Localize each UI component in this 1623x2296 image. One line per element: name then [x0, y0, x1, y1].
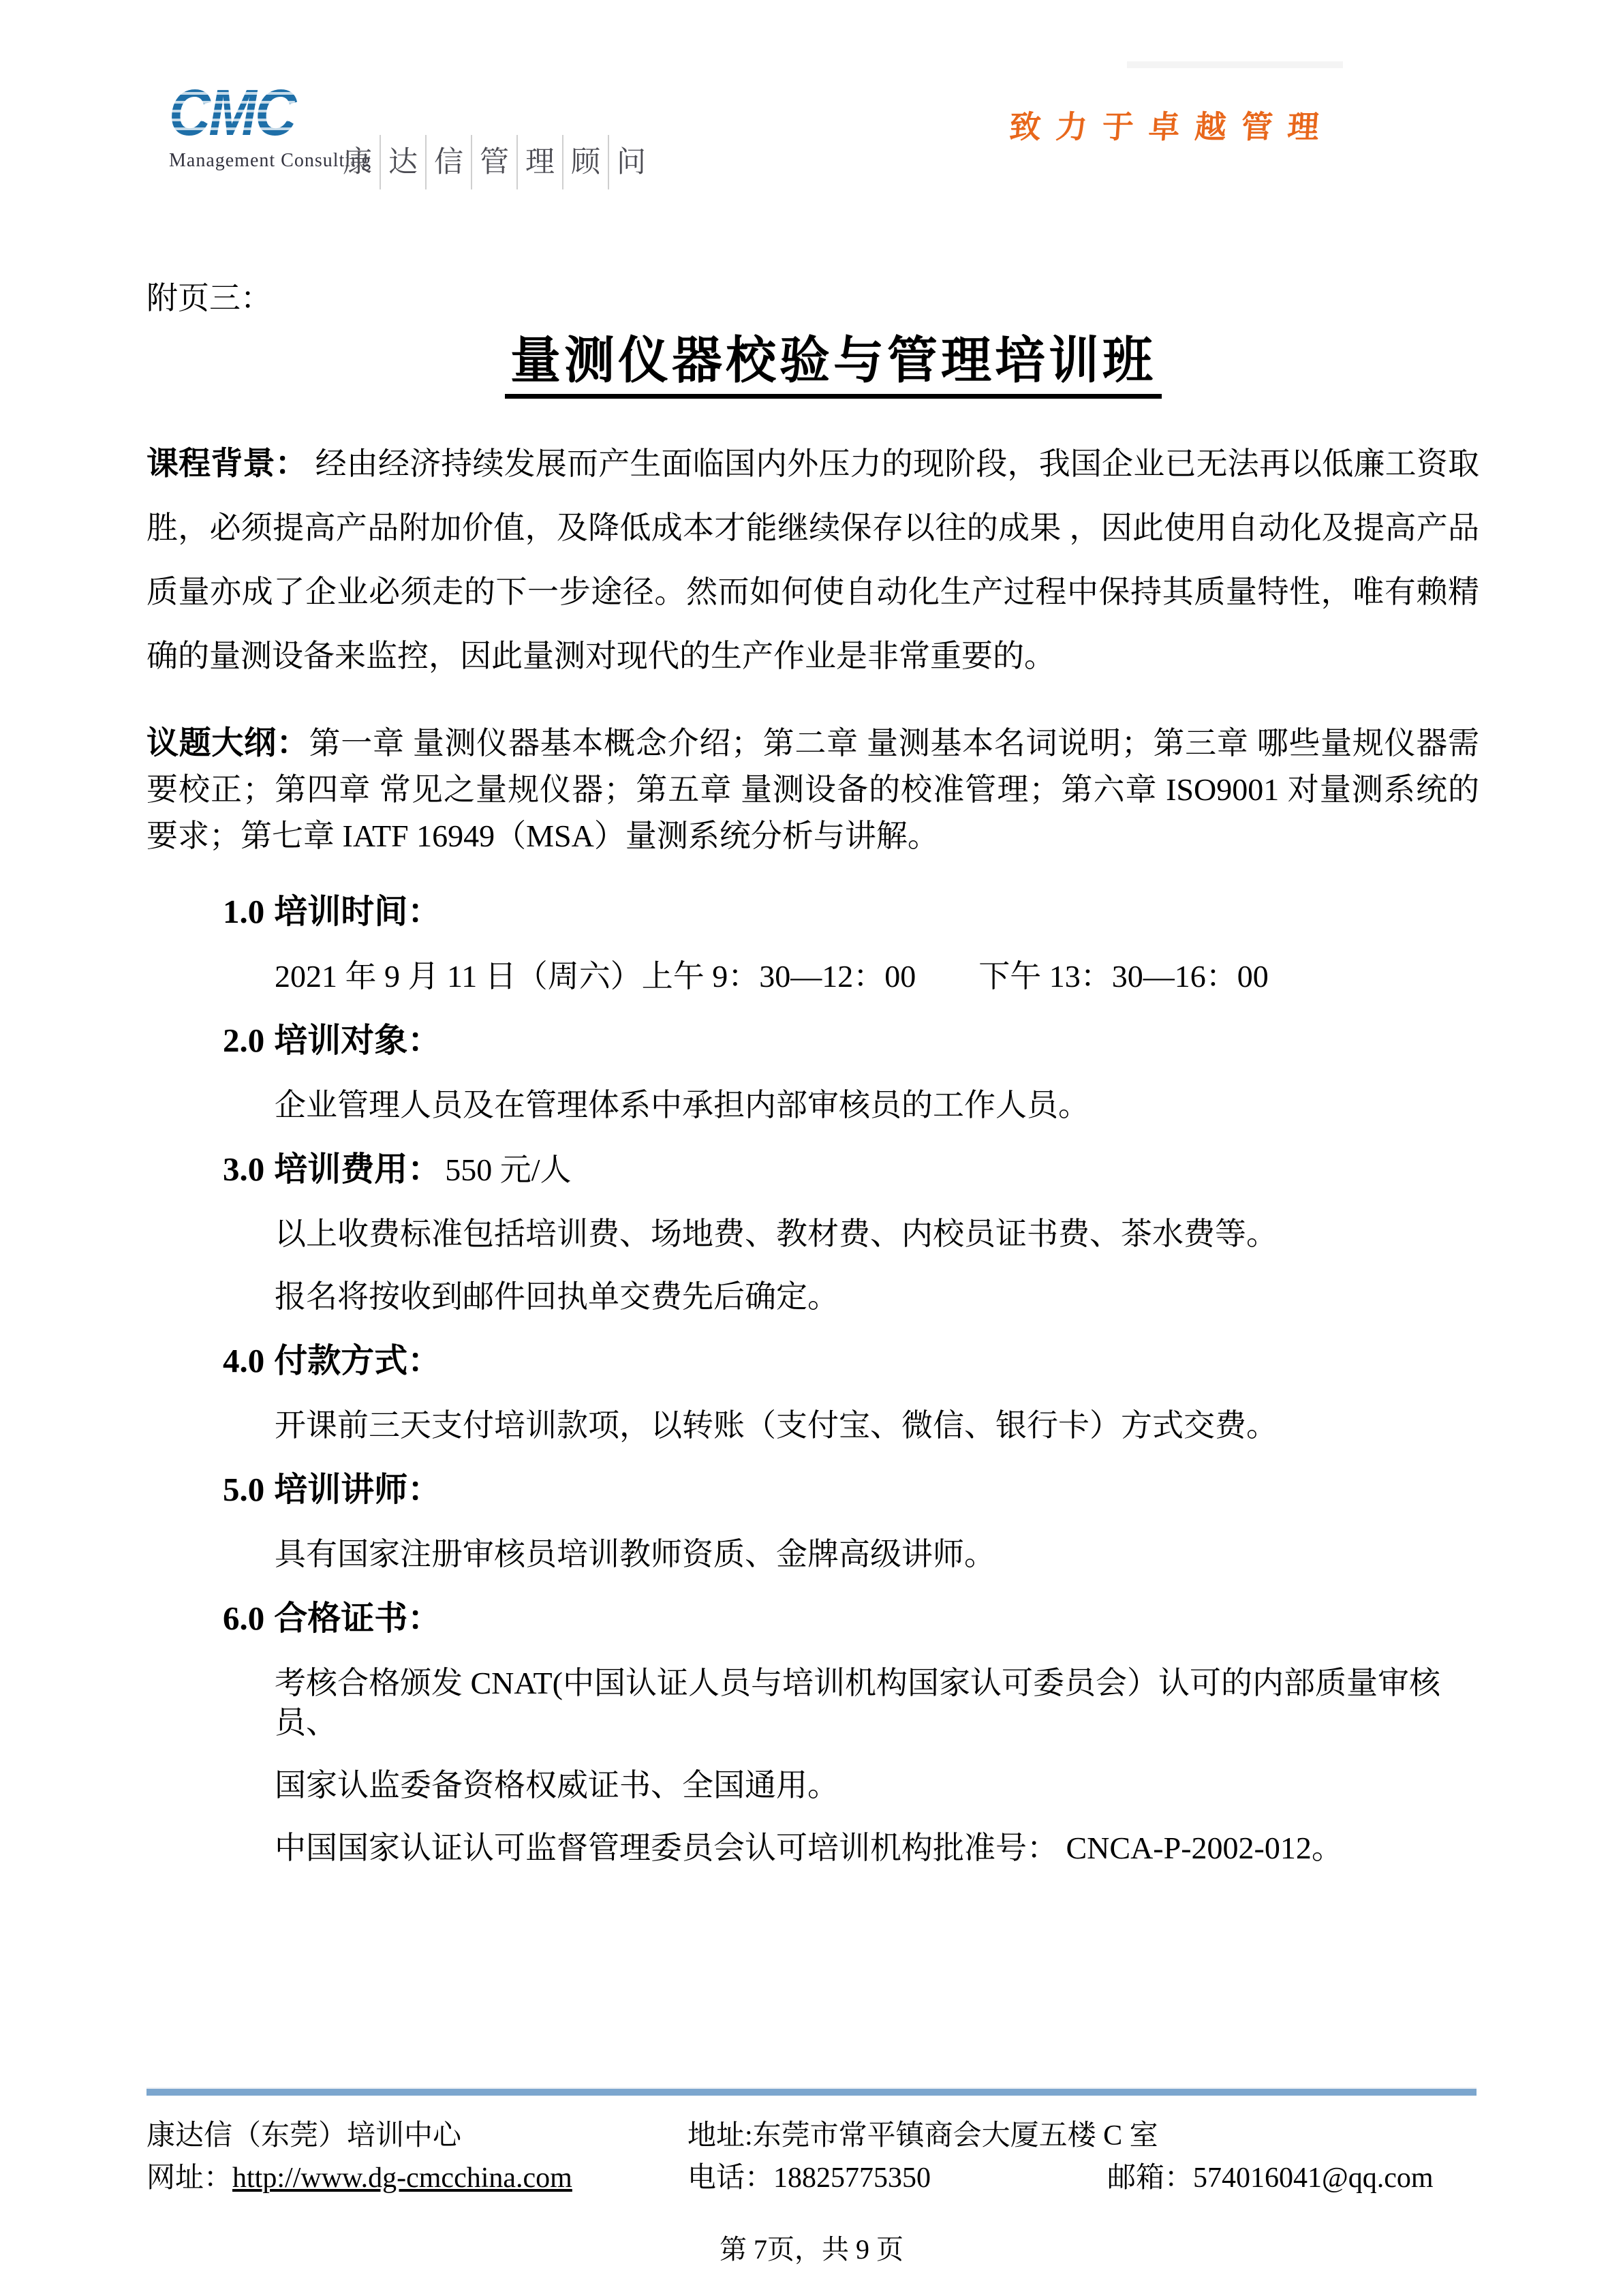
- section-training-audience: 2.0培训对象： 企业管理人员及在管理体系中承担内部审核员的工作人员。: [146, 1020, 1479, 1125]
- section-trainer: 5.0培训讲师： 具有国家注册审核员培训教师资质、金牌高级讲师。: [146, 1469, 1479, 1574]
- footer-email: 邮箱：574016041@qq.com: [1107, 2157, 1477, 2199]
- section-title: 付款方式：: [274, 1343, 441, 1379]
- title-wrap: 量测仪器校验与管理培训班: [146, 330, 1479, 399]
- brand-char: 理: [525, 148, 555, 177]
- course-background-label: 课程背景：: [146, 445, 307, 481]
- divider: [380, 135, 381, 189]
- section-heading: 6.0合格证书：: [146, 1597, 1479, 1640]
- footer-contact-grid: 康达信（东莞）培训中心 地址:东莞市常平镇商会大厦五楼 C 室 网址：http:…: [146, 2115, 1477, 2199]
- page-title: 量测仪器校验与管理培训班: [505, 330, 1162, 399]
- section-number: 4.0: [223, 1342, 264, 1379]
- section-title: 培训对象：: [274, 1022, 441, 1059]
- email-label: 邮箱：: [1107, 2162, 1193, 2194]
- email-value: 574016041@qq.com: [1193, 2162, 1434, 2194]
- brand-char: 康: [343, 148, 372, 177]
- section-certificate: 6.0合格证书： 考核合格颁发 CNAT(中国认证人员与培训机构国家认可委员会）…: [146, 1597, 1479, 1868]
- course-background-text: 经由经济持续发展而产生面临国内外压力的现阶段，我国企业已无法再以低廉工资取胜，必…: [146, 446, 1479, 673]
- website-label: 网址：: [146, 2162, 232, 2194]
- section-line: 报名将按收到邮件回执单交费先后确定。: [146, 1277, 1479, 1317]
- section-line: 具有国家注册审核员培训教师资质、金牌高级讲师。: [146, 1535, 1479, 1574]
- document-body: 附页三： 量测仪器校验与管理培训班 课程背景： 经由经济持续发展而产生面临国内外…: [146, 278, 1479, 1868]
- divider: [562, 135, 563, 189]
- section-line: 中国国家认证认可监督管理委员会认可培训机构批准号： CNCA-P-2002-01…: [146, 1828, 1479, 1868]
- brand-char: 顾: [571, 148, 600, 177]
- phone-value: 18825775350: [773, 2162, 931, 2194]
- section-line: 开课前三天支付培训款项，以转账（支付宝、微信、银行卡）方式交费。: [146, 1406, 1479, 1445]
- section-number: 5.0: [223, 1471, 264, 1508]
- section-number: 1.0: [223, 893, 264, 930]
- section-heading: 5.0培训讲师：: [146, 1469, 1479, 1512]
- agenda-paragraph: 议题大纲：第一章 量测仪器基本概念介绍；第二章 量测基本名词说明；第三章 哪些量…: [146, 720, 1479, 859]
- slogan: 致力于卓越管理: [1008, 102, 1336, 147]
- section-line: 以上收费标准包括培训费、场地费、教材费、内校员证书费、茶水费等。: [146, 1214, 1479, 1254]
- footer-website: 网址：http://www.dg-cmcchina.com: [146, 2157, 687, 2199]
- section-line: 国家认监委备资格权威证书、全国通用。: [146, 1766, 1479, 1805]
- divider: [516, 135, 518, 189]
- section-training-time: 1.0培训时间： 2021 年 9 月 11 日（周六）上午 9：30—12：0…: [146, 891, 1479, 996]
- section-title: 合格证书：: [274, 1600, 441, 1637]
- brand-char: 问: [617, 148, 646, 177]
- section-training-fee: 3.0培训费用：550 元/人 以上收费标准包括培训费、场地费、教材费、内校员证…: [146, 1148, 1479, 1317]
- section-heading: 2.0培训对象：: [146, 1020, 1479, 1062]
- section-title: 培训时间：: [274, 893, 441, 930]
- section-line: 考核合格颁发 CNAT(中国认证人员与培训机构国家认可委员会）认可的内部质量审核…: [146, 1664, 1479, 1743]
- section-line: 2021 年 9 月 11 日（周六）上午 9：30—12：00 下午 13：3…: [146, 957, 1479, 996]
- footer-empty: [1107, 2115, 1477, 2157]
- brand-name: 康 达 信 管 理 顾 问: [343, 135, 646, 189]
- brand-char: 达: [388, 148, 418, 177]
- phone-label: 电话：: [687, 2162, 773, 2194]
- footer-phone: 电话：18825775350: [687, 2157, 1107, 2199]
- page-number: 第 7页，共 9 页: [146, 2228, 1477, 2267]
- slogan-highlight-band: [1127, 61, 1343, 68]
- cmc-logo: CMC Management Consulting: [169, 86, 371, 172]
- cmc-logo-text: CMC: [169, 86, 294, 140]
- section-title: 培训费用：: [274, 1151, 441, 1188]
- section-title: 培训讲师：: [274, 1471, 441, 1508]
- section-inline-value: 550 元/人: [445, 1152, 571, 1187]
- footer-org: 康达信（东莞）培训中心: [146, 2115, 687, 2157]
- attachment-label: 附页三：: [146, 278, 1479, 319]
- agenda-label: 议题大纲：: [146, 724, 309, 761]
- divider: [608, 135, 609, 189]
- section-heading: 3.0培训费用：550 元/人: [146, 1148, 1479, 1191]
- page-footer: 康达信（东莞）培训中心 地址:东莞市常平镇商会大厦五楼 C 室 网址：http:…: [146, 2087, 1477, 2267]
- footer-rule: [146, 2087, 1477, 2096]
- website-link[interactable]: http://www.dg-cmcchina.com: [232, 2162, 572, 2194]
- divider: [425, 135, 427, 189]
- brand-char: 信: [434, 148, 463, 177]
- brand-char: 管: [480, 148, 509, 177]
- section-number: 2.0: [223, 1022, 264, 1059]
- section-payment-method: 4.0付款方式： 开课前三天支付培训款项，以转账（支付宝、微信、银行卡）方式交费…: [146, 1340, 1479, 1445]
- section-heading: 1.0培训时间：: [146, 891, 1479, 934]
- page-header: CMC Management Consulting 康 达 信 管 理 顾 问 …: [0, 0, 1623, 204]
- agenda-text: 第一章 量测仪器基本概念介绍；第二章 量测基本名词说明；第三章 哪些量规仪器需要…: [146, 726, 1479, 853]
- section-heading: 4.0付款方式：: [146, 1340, 1479, 1383]
- cmc-logo-subtitle: Management Consulting: [169, 150, 371, 172]
- footer-address: 地址:东莞市常平镇商会大厦五楼 C 室: [687, 2115, 1107, 2157]
- section-number: 6.0: [223, 1599, 264, 1637]
- course-background-paragraph: 课程背景： 经由经济持续发展而产生面临国内外压力的现阶段，我国企业已无法再以低廉…: [146, 431, 1479, 688]
- section-number: 3.0: [223, 1150, 264, 1188]
- divider: [471, 135, 472, 189]
- section-line: 企业管理人员及在管理体系中承担内部审核员的工作人员。: [146, 1086, 1479, 1125]
